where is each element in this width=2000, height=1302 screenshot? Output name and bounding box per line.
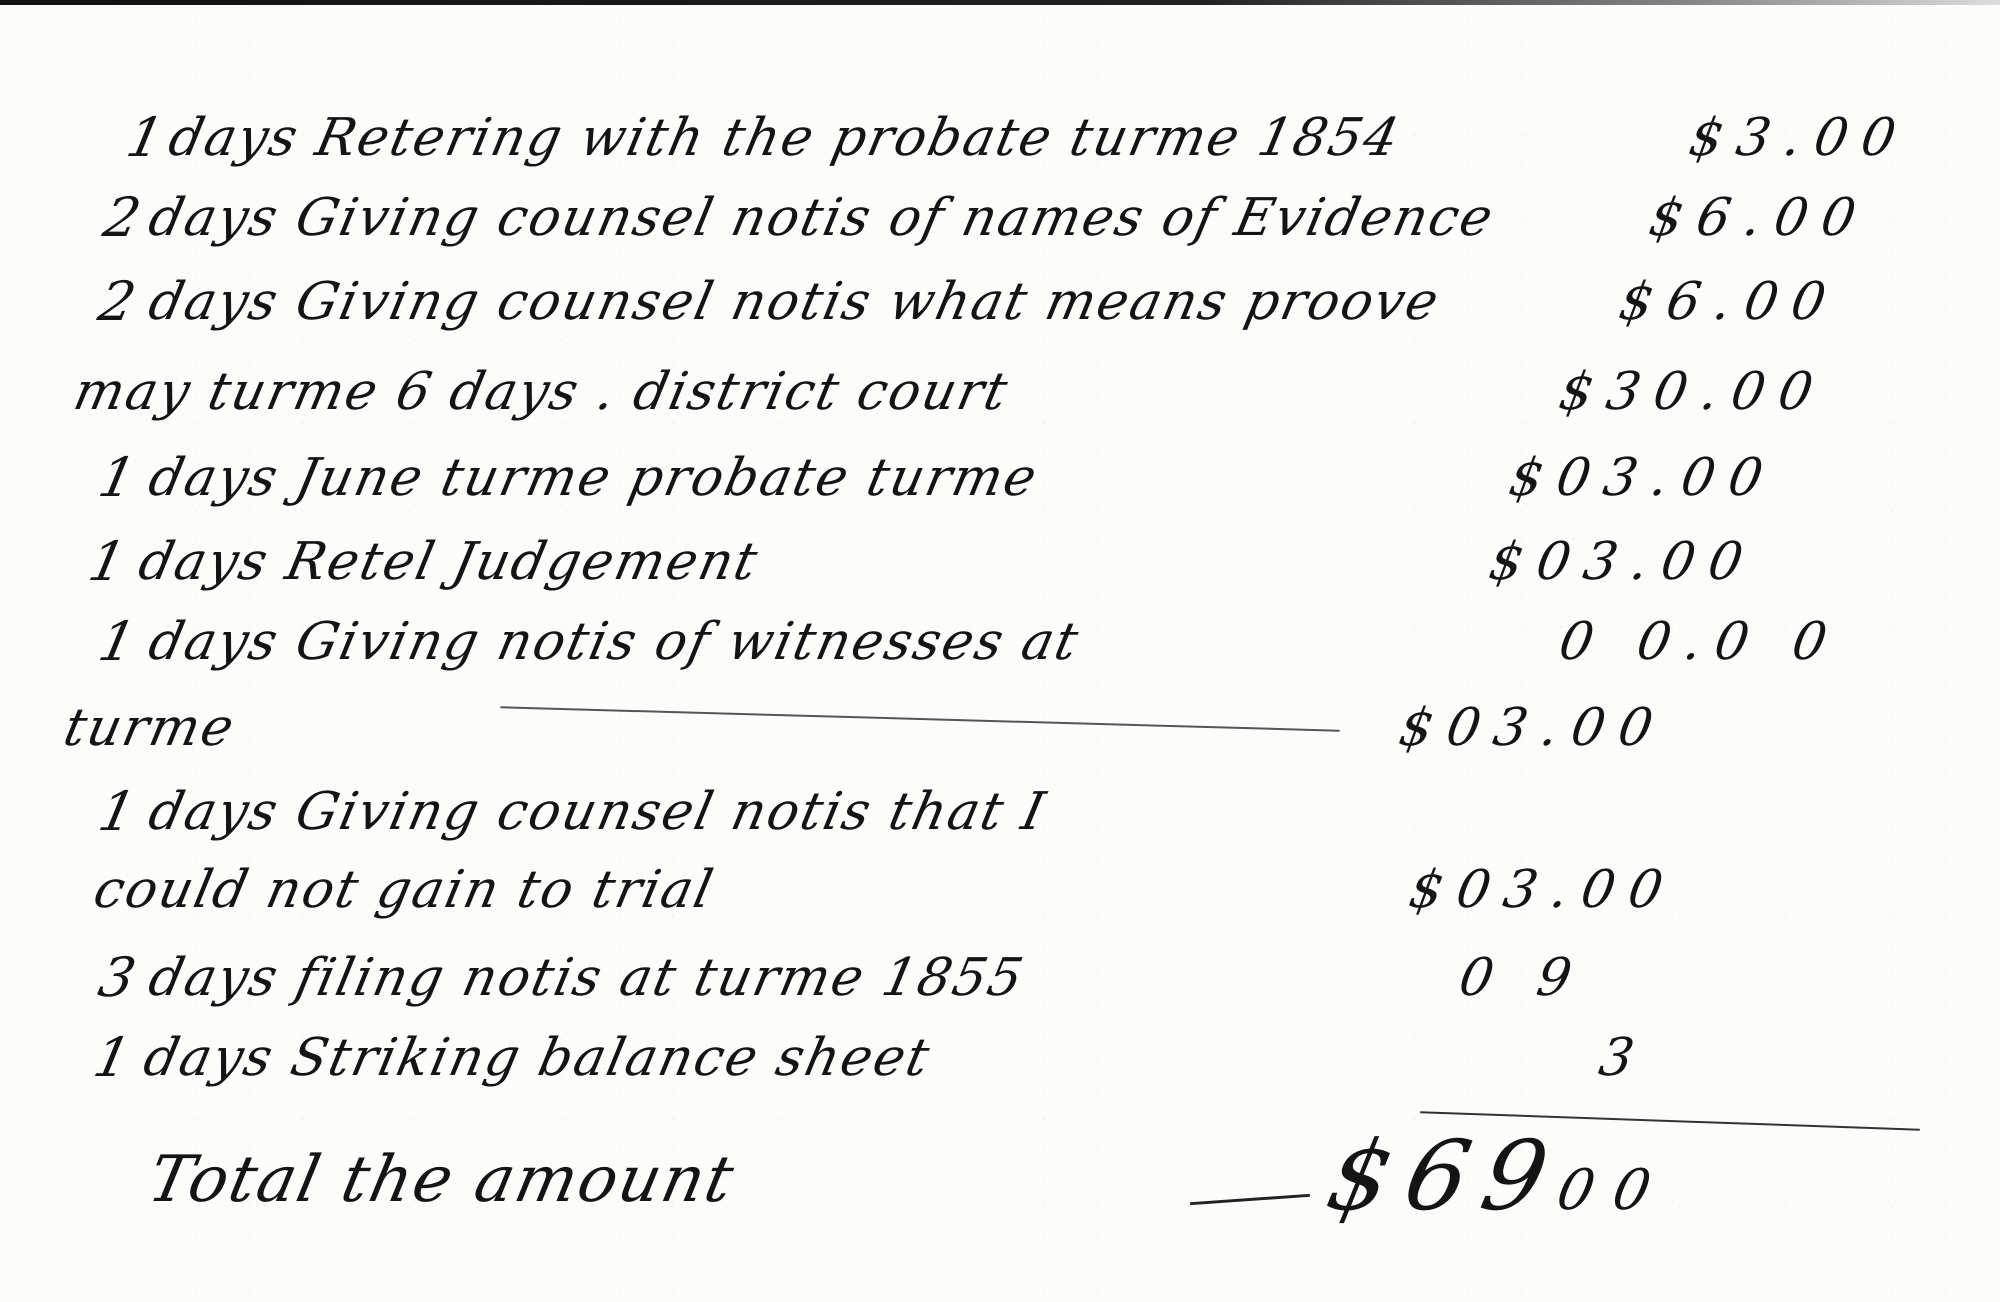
bill-line-7: 1 days Giving notis of witnesses at 0 0.… — [0, 602, 2000, 682]
total-amount-main: $69 — [1318, 1120, 1573, 1232]
item-description: days Giving counsel notis of names of Ev… — [141, 178, 1501, 258]
item-description: days June turme probate turme — [141, 438, 1045, 518]
item-description: days Giving notis of witnesses at — [141, 602, 1087, 682]
bill-line-8: turme $03.00 — [0, 688, 2000, 768]
item-description: may turme 6 days . district court — [66, 352, 1016, 432]
item-amount: $03.00 — [1403, 850, 1683, 930]
item-qty: 1 — [81, 522, 132, 602]
item-amount: 0 9 — [1453, 938, 1592, 1018]
item-description: days Retering with the probate turme 185… — [161, 98, 1407, 178]
item-description: days filing notis at turme 1855 — [141, 938, 1031, 1018]
bill-total-line: Total the amount — [0, 1140, 2000, 1220]
bill-line-1: 1 days Retering with the probate turme 1… — [0, 98, 2000, 178]
item-qty: 1 — [86, 1018, 137, 1098]
bill-line-4: may turme 6 days . district court $30.00 — [0, 352, 2000, 432]
bill-line-10: could not gain to trial $03.00 — [0, 850, 2000, 930]
item-description: days Striking balance sheet — [136, 1018, 938, 1098]
item-description: could not gain to trial — [86, 850, 721, 930]
item-qty: 1 — [91, 772, 142, 852]
bill-line-3: 2 days Giving counsel notis what means p… — [0, 262, 2000, 342]
item-amount: $3.00 — [1683, 98, 1916, 178]
item-qty: 1 — [91, 602, 142, 682]
bill-line-9: 1 days Giving counsel notis that I — [0, 772, 2000, 852]
item-qty: 2 — [91, 262, 142, 342]
bill-line-12: 1 days Striking balance sheet 3 — [0, 1018, 2000, 1098]
item-description: days Retel Judgement — [131, 522, 766, 602]
total-amount-cents: 00 — [1551, 1158, 1676, 1223]
scan-top-edge — [0, 0, 2000, 5]
item-description: turme — [56, 688, 242, 768]
item-amount: $03.00 — [1483, 522, 1763, 602]
item-amount: 3 — [1593, 1018, 1654, 1098]
item-description: days Giving counsel notis that I — [141, 772, 1053, 852]
item-qty: 2 — [96, 178, 147, 258]
item-amount: $03.00 — [1393, 688, 1673, 768]
flourish-underline — [500, 706, 1340, 731]
item-qty: 3 — [91, 938, 142, 1018]
bill-line-11: 3 days filing notis at turme 1855 0 9 — [0, 938, 2000, 1018]
item-amount: $03.00 — [1503, 438, 1783, 518]
item-qty: 1 — [91, 438, 142, 518]
total-label: Total the amount — [141, 1140, 742, 1220]
item-description: days Giving counsel notis what means pro… — [141, 262, 1447, 342]
bill-line-6: 1 days Retel Judgement $03.00 — [0, 522, 2000, 602]
bill-line-5: 1 days June turme probate turme $03.00 — [0, 438, 2000, 518]
item-amount: $6.00 — [1643, 178, 1876, 258]
item-amount: $6.00 — [1613, 262, 1846, 342]
item-amount: 0 0.0 0 — [1553, 602, 1847, 682]
document-page: 1 days Retering with the probate turme 1… — [0, 0, 2000, 1302]
item-amount: $30.00 — [1553, 352, 1833, 432]
bill-line-2: 2 days Giving counsel notis of names of … — [0, 178, 2000, 258]
total-amount: $6900 — [1318, 1120, 1684, 1232]
